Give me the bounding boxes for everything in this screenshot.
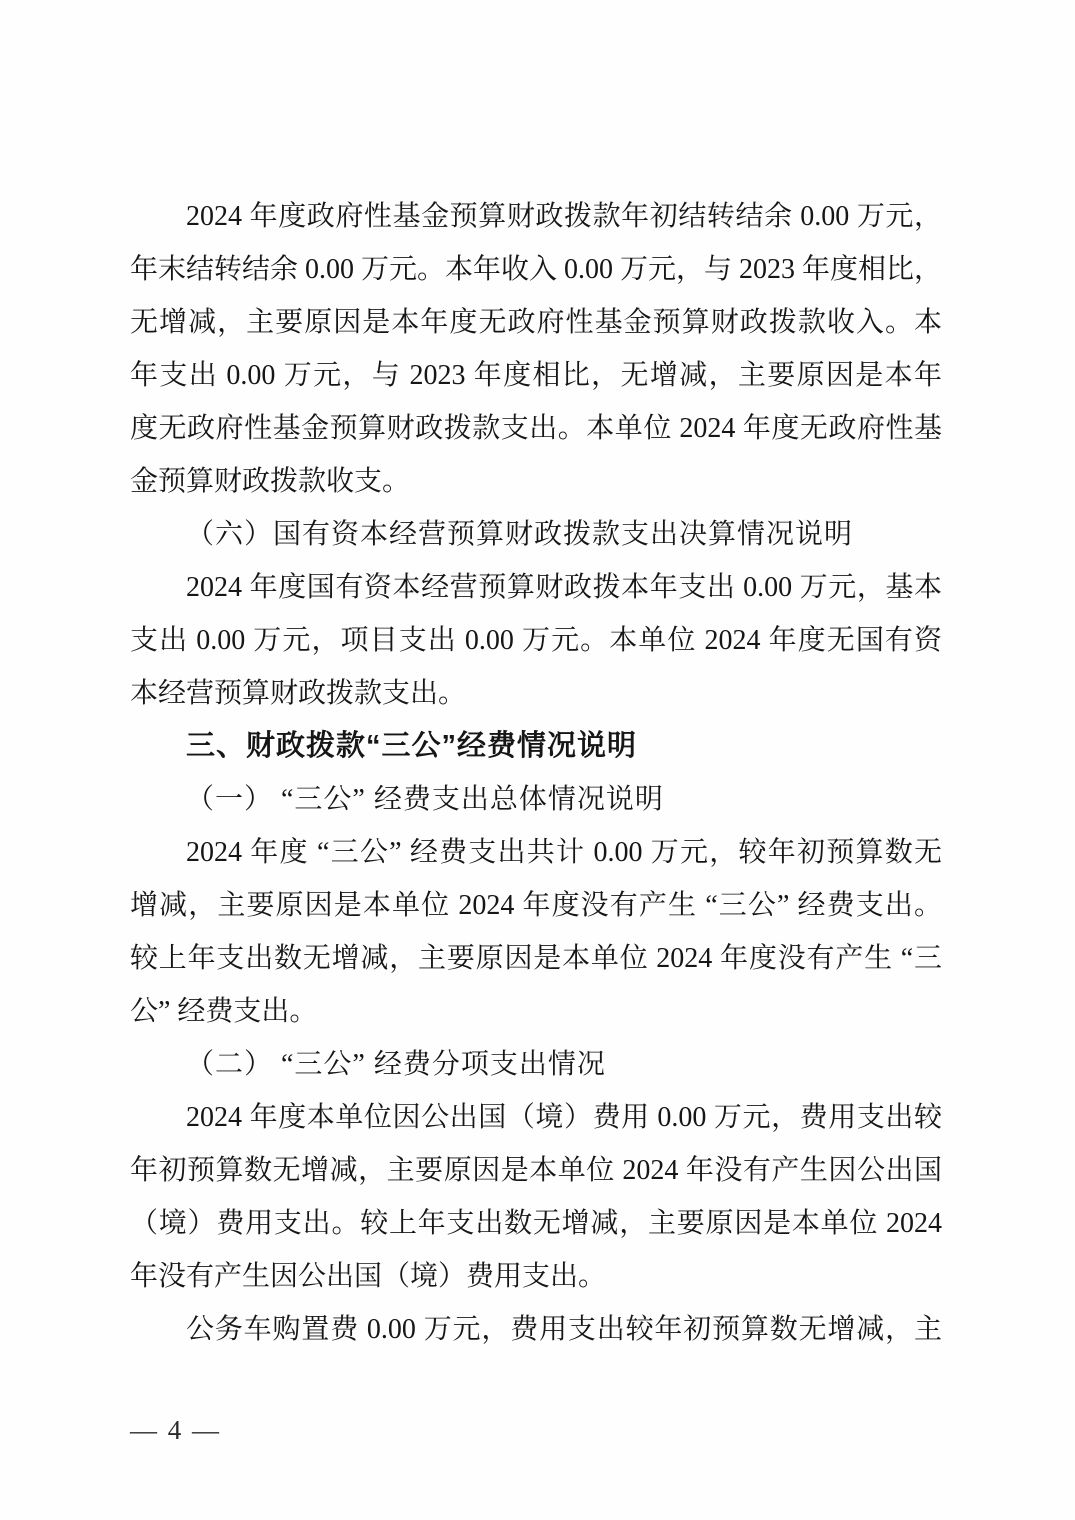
- text-line: 无增减，主要原因是本年度无政府性基金预算财政拨款收入。本: [130, 296, 942, 349]
- text-line: 公” 经费支出。: [130, 985, 942, 1038]
- paragraph: 2024 年度 “三公” 经费支出共计 0.00 万元，较年初预算数无增减，主要…: [130, 826, 942, 1038]
- text-line: （境）费用支出。较上年支出数无增减，主要原因是本单位 2024: [130, 1197, 942, 1250]
- document-page: 2024 年度政府性基金预算财政拨款年初结转结余 0.00 万元，年末结转结余 …: [0, 0, 1075, 1520]
- text-line: （二） “三公” 经费分项支出情况: [130, 1038, 942, 1091]
- paragraph: 2024 年度国有资本经营预算财政拨本年支出 0.00 万元，基本支出 0.00…: [130, 561, 942, 720]
- text-line: 度无政府性基金预算财政拨款支出。本单位 2024 年度无政府性基: [130, 402, 942, 455]
- text-line: 支出 0.00 万元，项目支出 0.00 万元。本单位 2024 年度无国有资: [130, 614, 942, 667]
- text-line: 较上年支出数无增减，主要原因是本单位 2024 年度没有产生 “三: [130, 932, 942, 985]
- paragraph: 2024 年度本单位因公出国（境）费用 0.00 万元，费用支出较年初预算数无增…: [130, 1091, 942, 1303]
- section-subheading: （六）国有资本经营预算财政拨款支出决算情况说明: [130, 508, 942, 561]
- text-line: （一） “三公” 经费支出总体情况说明: [130, 773, 942, 826]
- paragraph: 2024 年度政府性基金预算财政拨款年初结转结余 0.00 万元，年末结转结余 …: [130, 190, 942, 508]
- text-line: 公务车购置费 0.00 万元，费用支出较年初预算数无增减，主: [130, 1303, 942, 1356]
- text-line: （六）国有资本经营预算财政拨款支出决算情况说明: [130, 508, 942, 561]
- section-subheading: （一） “三公” 经费支出总体情况说明: [130, 773, 942, 826]
- text-line: 年末结转结余 0.00 万元。本年收入 0.00 万元，与 2023 年度相比，: [130, 243, 942, 296]
- text-line: 金预算财政拨款收支。: [130, 455, 942, 508]
- document-body: 2024 年度政府性基金预算财政拨款年初结转结余 0.00 万元，年末结转结余 …: [130, 190, 942, 1356]
- text-line: 2024 年度 “三公” 经费支出共计 0.00 万元，较年初预算数无: [130, 826, 942, 879]
- text-line: 2024 年度政府性基金预算财政拨款年初结转结余 0.00 万元，: [130, 190, 942, 243]
- page-number: — 4 —: [130, 1404, 221, 1457]
- text-line: 年初预算数无增减，主要原因是本单位 2024 年没有产生因公出国: [130, 1144, 942, 1197]
- text-line: 年支出 0.00 万元，与 2023 年度相比，无增减，主要原因是本年: [130, 349, 942, 402]
- paragraph: 公务车购置费 0.00 万元，费用支出较年初预算数无增减，主: [130, 1303, 942, 1356]
- text-line: 本经营预算财政拨款支出。: [130, 667, 942, 720]
- text-line: 2024 年度国有资本经营预算财政拨本年支出 0.00 万元，基本: [130, 561, 942, 614]
- text-line: 年没有产生因公出国（境）费用支出。: [130, 1250, 942, 1303]
- text-line: 2024 年度本单位因公出国（境）费用 0.00 万元，费用支出较: [130, 1091, 942, 1144]
- text-line: 增减，主要原因是本单位 2024 年度没有产生 “三公” 经费支出。: [130, 879, 942, 932]
- section-subheading: （二） “三公” 经费分项支出情况: [130, 1038, 942, 1091]
- section-heading: 三、财政拨款“三公”经费情况说明: [130, 720, 942, 773]
- text-line: 三、财政拨款“三公”经费情况说明: [130, 720, 942, 773]
